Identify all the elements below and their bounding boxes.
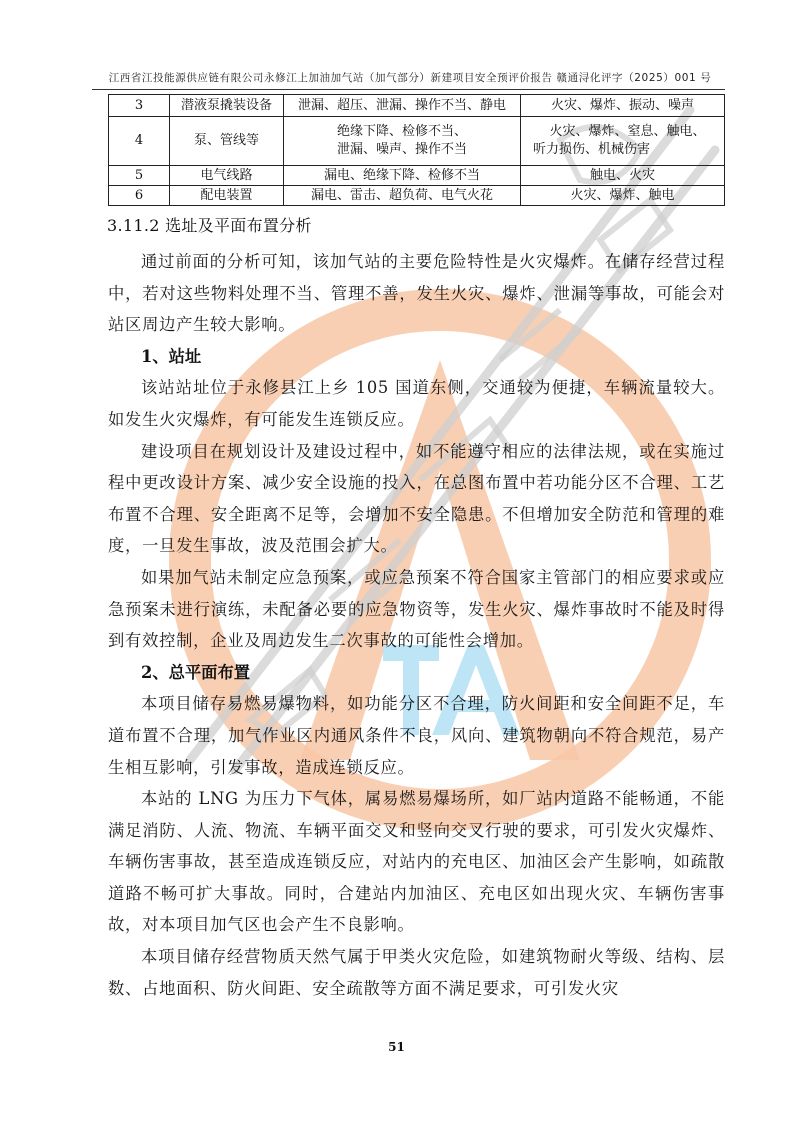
document-header: 江西省江投能源供应链有限公司永修江上加油加气站（加气部分）新建项目安全预评价报告…	[90, 70, 730, 85]
document-page: 江西省江投能源供应链有限公司永修江上加油加气站（加气部分）新建项目安全预评价报告…	[0, 0, 793, 1122]
consequence-cell: 火灾、爆炸、触电	[521, 186, 725, 206]
subsection-title: 2、总平面布置	[108, 657, 725, 689]
cause-cell: 漏电、雷击、超负荷、电气火花	[284, 186, 521, 206]
row-number: 6	[109, 186, 170, 206]
cause-cell: 漏电、绝缘下降、检修不当	[284, 166, 521, 186]
paragraph: 如果加气站未制定应急预案，或应急预案不符合国家主管部门的相应要求或应急预案未进行…	[108, 562, 725, 657]
consequence-cell: 触电、火灾	[521, 166, 725, 186]
body-text: 3.11.2 选址及平面布置分析 通过前面的分析可知，该加气站的主要危险特性是火…	[108, 212, 725, 1004]
cause-line: 绝缘下降、检修不当、	[288, 123, 516, 141]
consequence-line: 听力损伤、机械伤害	[525, 141, 720, 159]
page-number: 51	[0, 1040, 793, 1054]
consequence-cell: 火灾、爆炸、振动、噪声	[521, 95, 725, 117]
row-number: 4	[109, 117, 170, 166]
header-divider	[92, 89, 725, 90]
table-row: 5 电气线路 漏电、绝缘下降、检修不当 触电、火灾	[109, 166, 725, 186]
cause-cell: 泄漏、超压、泄漏、操作不当、静电	[284, 95, 521, 117]
table-row: 6 配电装置 漏电、雷击、超负荷、电气火花 火灾、爆炸、触电	[109, 186, 725, 206]
paragraph: 本项目储存经营物质天然气属于甲类火灾危险，如建筑物耐火等级、结构、层数、占地面积…	[108, 941, 725, 1004]
equipment-cell: 泵、管线等	[170, 117, 284, 166]
hazard-table: 3 潜液泵撬装设备 泄漏、超压、泄漏、操作不当、静电 火灾、爆炸、振动、噪声 4…	[108, 94, 725, 206]
paragraph: 建设项目在规划设计及建设过程中，如不能遵守相应的法律法规，或在实施过程中更改设计…	[108, 436, 725, 562]
equipment-cell: 潜液泵撬装设备	[170, 95, 284, 117]
cause-cell: 绝缘下降、检修不当、 泄漏、噪声、操作不当	[284, 117, 521, 166]
row-number: 3	[109, 95, 170, 117]
equipment-cell: 配电装置	[170, 186, 284, 206]
table-row: 3 潜液泵撬装设备 泄漏、超压、泄漏、操作不当、静电 火灾、爆炸、振动、噪声	[109, 95, 725, 117]
consequence-cell: 火灾、爆炸、窒息、触电、 听力损伤、机械伤害	[521, 117, 725, 166]
equipment-cell: 电气线路	[170, 166, 284, 186]
cause-line: 泄漏、噪声、操作不当	[288, 141, 516, 159]
section-title: 3.11.2 选址及平面布置分析	[107, 212, 725, 240]
paragraph: 本站的 LNG 为压力下气体，属易燃易爆场所，如厂站内道路不能畅通，不能满足消防…	[108, 783, 725, 941]
paragraph: 本项目储存易燃易爆物料，如功能分区不合理，防火间距和安全间距不足，车道布置不合理…	[108, 688, 725, 783]
paragraph: 通过前面的分析可知，该加气站的主要危险特性是火灾爆炸。在储存经营过程中，若对这些…	[108, 246, 725, 341]
subsection-title: 1、站址	[108, 341, 725, 373]
table-row: 4 泵、管线等 绝缘下降、检修不当、 泄漏、噪声、操作不当 火灾、爆炸、窒息、触…	[109, 117, 725, 166]
consequence-line: 火灾、爆炸、窒息、触电、	[525, 123, 720, 141]
paragraph: 该站站址位于永修县江上乡 105 国道东侧，交通较为便捷，车辆流量较大。如发生火…	[108, 372, 725, 435]
row-number: 5	[109, 166, 170, 186]
